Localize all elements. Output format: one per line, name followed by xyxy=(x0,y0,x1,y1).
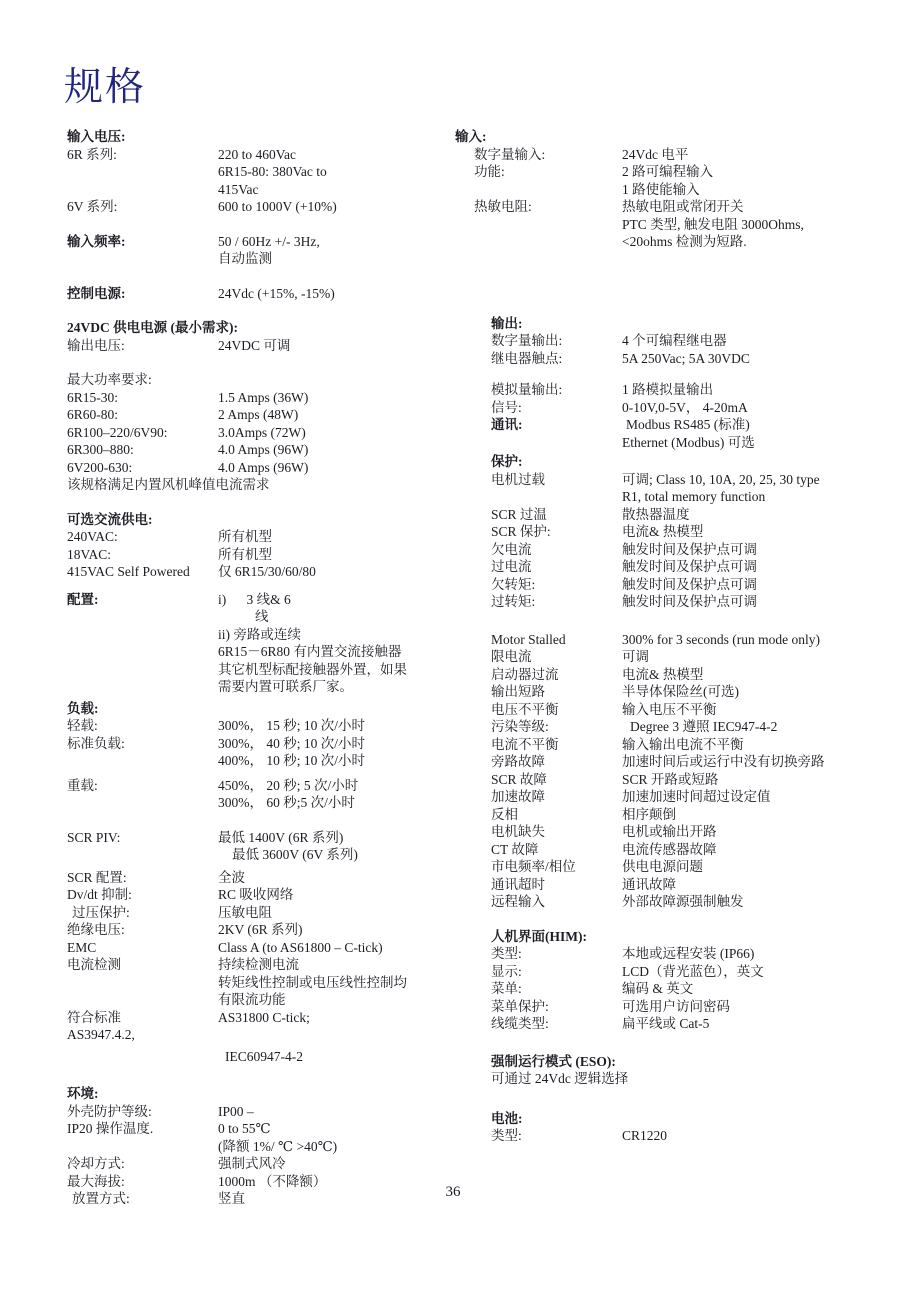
spec-row: 继电器触点:5A 250Vac; 5A 30VDC xyxy=(455,350,900,368)
spec-row: AS3947.4.2, xyxy=(67,1026,462,1044)
spec-value: 415Vac xyxy=(218,181,259,199)
page-number: 36 xyxy=(428,1184,478,1201)
spec-row: 可通过 24Vdc 逻辑选择 xyxy=(455,1070,900,1088)
spec-row: 类型:本地或远程安装 (IP66) xyxy=(455,945,900,963)
spec-value: 强制式风冷 xyxy=(218,1155,286,1173)
spec-row: 强制运行模式 (ESO): xyxy=(455,1053,900,1071)
spec-value: AS31800 C-tick; xyxy=(218,1009,310,1027)
spec-label: 绝缘电压: xyxy=(67,921,125,939)
spec-row: 24VDC 供电电源 (最小需求): xyxy=(67,319,462,337)
spec-label: 6V200-630: xyxy=(67,459,132,477)
spec-row: 外壳防护等级:IP00 – xyxy=(67,1103,462,1121)
spec-row: Motor Stalled300% for 3 seconds (run mod… xyxy=(455,631,900,649)
spec-row: 欠转矩:触发时间及保护点可调 xyxy=(455,576,900,594)
spec-label: 欠电流 xyxy=(491,541,532,559)
spec-label: 6R60-80: xyxy=(67,406,118,424)
spec-value: 5A 250Vac; 5A 30VDC xyxy=(622,350,750,368)
spec-value: 600 to 1000V (+10%) xyxy=(218,198,337,216)
spec-label: 环境: xyxy=(67,1085,99,1103)
spec-label: 继电器触点: xyxy=(491,350,562,368)
spec-label: 轻载: xyxy=(67,717,98,735)
spec-row: 数字量输出:4 个可编程继电器 xyxy=(455,332,900,350)
spec-label: AS3947.4.2, xyxy=(67,1026,135,1044)
spec-row: 过电流触发时间及保护点可调 xyxy=(455,558,900,576)
spec-value: Class A (to AS61800 – C-tick) xyxy=(218,939,383,957)
spec-value: 4 个可编程继电器 xyxy=(622,332,727,350)
spec-label: 输入频率: xyxy=(67,233,126,251)
spec-row: EMCClass A (to AS61800 – C-tick) xyxy=(67,939,462,957)
spec-row: R1, total memory function xyxy=(455,488,900,506)
spec-value: 2 路可编程输入 xyxy=(622,163,713,181)
page-title: 规格 xyxy=(64,56,146,112)
spec-value: 输入输出电流不平衡 xyxy=(622,736,744,754)
spec-value: 可调 xyxy=(622,648,649,666)
spec-row: SCR 保护:电流& 热模型 xyxy=(455,523,900,541)
spec-row: 信号:0-10V,0-5V， 4-20mA xyxy=(455,399,900,417)
spec-label: 输出: xyxy=(491,315,523,333)
spec-label: 6R 系列: xyxy=(67,146,117,164)
spec-row: 环境: xyxy=(67,1085,462,1103)
spec-value: 电流& 热模型 xyxy=(622,666,703,684)
spec-row: IP20 操作温度.0 to 55℃ xyxy=(67,1120,462,1138)
spec-row: PTC 类型, 触发电阻 3000Ohms, xyxy=(455,216,900,234)
spec-row: 标准负载:300%， 40 秒; 10 次/小时 xyxy=(67,735,462,753)
spec-row: 轻载:300%， 15 秒; 10 次/小时 xyxy=(67,717,462,735)
spec-value: 触发时间及保护点可调 xyxy=(622,593,757,611)
spec-value: PTC 类型, 触发电阻 3000Ohms, xyxy=(622,216,804,234)
spec-row: 6R100–220/6V90:3.0Amps (72W) xyxy=(67,424,462,442)
spec-value: IEC60947-4-2 xyxy=(225,1048,303,1066)
spec-label: SCR PIV: xyxy=(67,829,120,847)
spec-label: 欠转矩: xyxy=(491,576,535,594)
spec-row: 电池: xyxy=(455,1110,900,1128)
spec-row: 欠电流触发时间及保护点可调 xyxy=(455,541,900,559)
spec-value: 1000m （不降额） xyxy=(218,1173,326,1191)
spec-row: Dv/dt 抑制:RC 吸收网络 xyxy=(67,886,462,904)
spec-value: 24VDC 可调 xyxy=(218,337,290,355)
spec-row: 电机过载可调; Class 10, 10A, 20, 25, 30 type xyxy=(455,471,900,489)
spec-value: 最低 1400V (6R 系列) xyxy=(218,829,343,847)
spec-row: 过压保护:压敏电阻 xyxy=(67,904,462,922)
spec-label: 配置: xyxy=(67,591,99,609)
spec-label: 加速故障 xyxy=(491,788,545,806)
spec-label: 电池: xyxy=(491,1110,523,1128)
spec-row: 240VAC:所有机型 xyxy=(67,528,462,546)
spec-row: 菜单:编码 & 英文 xyxy=(455,980,900,998)
spec-value: 压敏电阻 xyxy=(218,904,272,922)
spec-value: 相序颠倒 xyxy=(622,806,676,824)
spec-label: 标准负载: xyxy=(67,735,125,753)
spec-label: 污染等级: xyxy=(491,718,549,736)
spec-label: 外壳防护等级: xyxy=(67,1103,152,1121)
spec-value: 触发时间及保护点可调 xyxy=(622,558,757,576)
spec-label: 电流不平衡 xyxy=(491,736,559,754)
spec-row: SCR PIV:最低 1400V (6R 系列) xyxy=(67,829,462,847)
spec-row: 菜单保护:可选用户访问密码 xyxy=(455,998,900,1016)
spec-row: 电压不平衡输入电压不平衡 xyxy=(455,701,900,719)
spec-value: 半导体保险丝(可选) xyxy=(622,683,739,701)
spec-row: SCR 故障SCR 开路或短路 xyxy=(455,771,900,789)
spec-value: 2KV (6R 系列) xyxy=(218,921,303,939)
spec-value: 可选用户访问密码 xyxy=(622,998,730,1016)
spec-row: 线 xyxy=(67,608,462,626)
spec-label: 可通过 24Vdc 逻辑选择 xyxy=(491,1070,628,1088)
spec-row: 输出: xyxy=(455,315,900,333)
spec-value: 通讯故障 xyxy=(622,876,676,894)
spec-label: 信号: xyxy=(491,399,522,417)
spec-value: 220 to 460Vac xyxy=(218,146,296,164)
spec-label: 负载: xyxy=(67,700,99,718)
spec-row: 控制电源:24Vdc (+15%, -15%) xyxy=(67,285,462,303)
spec-value: 1.5 Amps (36W) xyxy=(218,389,308,407)
spec-value: 50 / 60Hz +/- 3Hz, xyxy=(218,233,320,251)
spec-row: 限电流可调 xyxy=(455,648,900,666)
spec-value: CR1220 xyxy=(622,1127,667,1145)
spec-row: 输出电压:24VDC 可调 xyxy=(67,337,462,355)
spec-row: 415Vac xyxy=(67,181,462,199)
spec-label: 可选交流供电: xyxy=(67,511,153,529)
spec-label: IP20 操作温度. xyxy=(67,1120,153,1138)
spec-value: 加速时间后或运行中没有切换旁路 xyxy=(622,753,825,771)
spec-row: 加速故障加速加速时间超过设定值 xyxy=(455,788,900,806)
spec-value: ii) 旁路或连续 xyxy=(218,626,301,644)
spec-label: 远程输入 xyxy=(491,893,545,911)
spec-label: 电流检测 xyxy=(67,956,121,974)
spec-row: 有限流功能 xyxy=(67,991,462,1009)
spec-row: 输入频率:50 / 60Hz +/- 3Hz, xyxy=(67,233,462,251)
spec-row: 市电频率/相位供电电源问题 xyxy=(455,858,900,876)
spec-row: 该规格满足内置风机峰值电流需求 xyxy=(67,476,462,494)
spec-label: 保护: xyxy=(491,453,523,471)
spec-row: 6R15-30:1.5 Amps (36W) xyxy=(67,389,462,407)
spec-value: 扁平线或 Cat-5 xyxy=(622,1015,709,1033)
spec-row: 远程输入外部故障源强制触发 xyxy=(455,893,900,911)
spec-label: 输出电压: xyxy=(67,337,125,355)
spec-label: SCR 配置: xyxy=(67,869,127,887)
spec-label: EMC xyxy=(67,939,96,957)
spec-row: 放置方式:竖直 xyxy=(67,1190,462,1208)
spec-row: 电机缺失电机或输出开路 xyxy=(455,823,900,841)
spec-value: <20ohms 检测为短路. xyxy=(622,233,747,251)
spec-row: (降额 1%/ ℃ >40℃) xyxy=(67,1138,462,1156)
spec-value: 转矩线性控制或电压线性控制均 xyxy=(218,974,407,992)
spec-value: 散热器温度 xyxy=(622,506,690,524)
spec-row: 最低 3600V (6V 系列) xyxy=(67,846,462,864)
spec-label: Dv/dt 抑制: xyxy=(67,886,132,904)
spec-label: 240VAC: xyxy=(67,528,118,546)
spec-row: SCR 过温散热器温度 xyxy=(455,506,900,524)
spec-label: 显示: xyxy=(491,963,522,981)
spec-value: 触发时间及保护点可调 xyxy=(622,576,757,594)
spec-value: 400%， 10 秒; 10 次/小时 xyxy=(218,752,365,770)
spec-row: 通讯超时通讯故障 xyxy=(455,876,900,894)
spec-label: 功能: xyxy=(474,163,505,181)
spec-row: 反相相序颠倒 xyxy=(455,806,900,824)
spec-value: 24Vdc 电平 xyxy=(622,146,688,164)
spec-value: 300% for 3 seconds (run mode only) xyxy=(622,631,820,649)
left-column: 输入电压:6R 系列:220 to 460Vac6R15-80: 380Vac … xyxy=(67,128,462,1208)
spec-label: 输入电压: xyxy=(67,128,126,146)
spec-label: 市电频率/相位 xyxy=(491,858,576,876)
spec-value: 有限流功能 xyxy=(218,991,286,1009)
spec-row: 绝缘电压:2KV (6R 系列) xyxy=(67,921,462,939)
spec-row: 输入: xyxy=(455,128,900,146)
spec-value: 可调; Class 10, 10A, 20, 25, 30 type xyxy=(622,471,820,489)
right-column: 输入:数字量输入:24Vdc 电平功能:2 路可编程输入1 路使能输入热敏电阻:… xyxy=(455,128,900,1145)
spec-value: 电机或输出开路 xyxy=(622,823,717,841)
spec-value: 4.0 Amps (96W) xyxy=(218,441,308,459)
specifications-page: 规格 输入电压:6R 系列:220 to 460Vac6R15-80: 380V… xyxy=(0,0,911,1291)
spec-row: 6V 系列:600 to 1000V (+10%) xyxy=(67,198,462,216)
spec-value: 加速加速时间超过设定值 xyxy=(622,788,771,806)
spec-row: 电流检测持续检测电流 xyxy=(67,956,462,974)
spec-value: 所有机型 xyxy=(218,546,272,564)
spec-row: 6R300–880:4.0 Amps (96W) xyxy=(67,441,462,459)
spec-row: 需要内置可联系厂家。 xyxy=(67,678,462,696)
spec-value: R1, total memory function xyxy=(622,488,765,506)
spec-value: 供电电源问题 xyxy=(622,858,703,876)
spec-label: 符合标准 xyxy=(67,1009,121,1027)
spec-label: 6R15-30: xyxy=(67,389,118,407)
spec-label: 冷却方式: xyxy=(67,1155,125,1173)
spec-row: 启动器过流电流& 热模型 xyxy=(455,666,900,684)
spec-label: 最大功率要求: xyxy=(67,371,152,389)
spec-value: 4.0 Amps (96W) xyxy=(218,459,308,477)
spec-label: 线缆类型: xyxy=(491,1015,549,1033)
spec-value: 6R15-80: 380Vac to xyxy=(218,163,327,181)
spec-value: 热敏电阻或常闭开关 xyxy=(622,198,744,216)
spec-label: 6R100–220/6V90: xyxy=(67,424,168,442)
spec-label: 类型: xyxy=(491,945,522,963)
spec-row: 6V200-630:4.0 Amps (96W) xyxy=(67,459,462,477)
spec-value: 自动监测 xyxy=(218,250,272,268)
spec-label: 类型: xyxy=(491,1127,522,1145)
spec-value: 触发时间及保护点可调 xyxy=(622,541,757,559)
spec-label: 最大海拔: xyxy=(67,1173,125,1191)
spec-row: 最大海拔:1000m （不降额） xyxy=(67,1173,462,1191)
spec-value: 电流& 热模型 xyxy=(622,523,703,541)
spec-row: 负载: xyxy=(67,700,462,718)
spec-row: IEC60947-4-2 xyxy=(67,1048,462,1066)
spec-label: 放置方式: xyxy=(72,1190,130,1208)
spec-row: 转矩线性控制或电压线性控制均 xyxy=(67,974,462,992)
spec-row: 其它机型标配接触器外置，如果 xyxy=(67,661,462,679)
spec-row: 电流不平衡输入输出电流不平衡 xyxy=(455,736,900,754)
spec-label: 通讯超时 xyxy=(491,876,545,894)
spec-value: 持续检测电流 xyxy=(218,956,299,974)
spec-label: 模拟量输出: xyxy=(491,381,562,399)
spec-row: 400%， 10 秒; 10 次/小时 xyxy=(67,752,462,770)
spec-row: 污染等级:Degree 3 遵照 IEC947-4-2 xyxy=(455,718,900,736)
spec-row: <20ohms 检测为短路. xyxy=(455,233,900,251)
spec-row: 线缆类型:扁平线或 Cat-5 xyxy=(455,1015,900,1033)
spec-label: 强制运行模式 (ESO): xyxy=(491,1053,616,1071)
spec-label: 该规格满足内置风机峰值电流需求 xyxy=(67,476,270,494)
spec-row: 6R15－6R80 有内置交流接触器 xyxy=(67,643,462,661)
spec-value: 线 xyxy=(255,608,269,626)
spec-label: 控制电源: xyxy=(67,285,126,303)
spec-value: 2 Amps (48W) xyxy=(218,406,298,424)
spec-value: 24Vdc (+15%, -15%) xyxy=(218,285,335,303)
spec-value: 输入电压不平衡 xyxy=(622,701,717,719)
spec-label: 电压不平衡 xyxy=(491,701,559,719)
spec-label: 过电流 xyxy=(491,558,532,576)
spec-label: 数字量输入: xyxy=(474,146,545,164)
spec-row: 输入电压: xyxy=(67,128,462,146)
spec-label: SCR 故障 xyxy=(491,771,547,789)
spec-value: 1 路模拟量输出 xyxy=(622,381,713,399)
spec-label: 6V 系列: xyxy=(67,198,117,216)
spec-label: 热敏电阻: xyxy=(474,198,532,216)
spec-row: 1 路使能输入 xyxy=(455,181,900,199)
spec-label: 人机界面(HIM): xyxy=(491,928,587,946)
spec-label: 415VAC Self Powered xyxy=(67,563,190,581)
spec-value: SCR 开路或短路 xyxy=(622,771,718,789)
spec-label: 反相 xyxy=(491,806,518,824)
spec-row: Ethernet (Modbus) 可选 xyxy=(455,434,900,452)
spec-row: 显示:LCD（背光蓝色），英文 xyxy=(455,963,900,981)
spec-row: 符合标准AS31800 C-tick; xyxy=(67,1009,462,1027)
spec-value: 其它机型标配接触器外置，如果 xyxy=(218,661,407,679)
spec-value: 编码 & 英文 xyxy=(622,980,693,998)
spec-value: IP00 – xyxy=(218,1103,254,1121)
spec-value: 6R15－6R80 有内置交流接触器 xyxy=(218,643,401,661)
spec-row: 415VAC Self Powered仅 6R15/30/60/80 xyxy=(67,563,462,581)
spec-value: 竖直 xyxy=(218,1190,245,1208)
spec-row: 18VAC:所有机型 xyxy=(67,546,462,564)
spec-label: 通讯: xyxy=(491,416,523,434)
spec-label: 输出短路 xyxy=(491,683,545,701)
spec-row: 最大功率要求: xyxy=(67,371,462,389)
spec-label: CT 故障 xyxy=(491,841,538,859)
spec-row: 功能:2 路可编程输入 xyxy=(455,163,900,181)
spec-row: 模拟量输出:1 路模拟量输出 xyxy=(455,381,900,399)
spec-row: 热敏电阻:热敏电阻或常闭开关 xyxy=(455,198,900,216)
spec-label: 旁路故障 xyxy=(491,753,545,771)
spec-label: SCR 保护: xyxy=(491,523,551,541)
spec-row: 6R15-80: 380Vac to xyxy=(67,163,462,181)
spec-value: 450%， 20 秒; 5 次/小时 xyxy=(218,777,358,795)
spec-label: 限电流 xyxy=(491,648,532,666)
spec-label: 电机过载 xyxy=(491,471,545,489)
spec-row: 重载:450%， 20 秒; 5 次/小时 xyxy=(67,777,462,795)
spec-row: 人机界面(HIM): xyxy=(455,928,900,946)
spec-label: 6R300–880: xyxy=(67,441,134,459)
spec-value: 外部故障源强制触发 xyxy=(622,893,744,911)
spec-label: 过转矩: xyxy=(491,593,535,611)
spec-value: RC 吸收网络 xyxy=(218,886,293,904)
spec-value: (降额 1%/ ℃ >40℃) xyxy=(218,1138,337,1156)
spec-row: 自动监测 xyxy=(67,250,462,268)
spec-value: 300%， 40 秒; 10 次/小时 xyxy=(218,735,365,753)
spec-value: 3.0Amps (72W) xyxy=(218,424,306,442)
spec-label: 启动器过流 xyxy=(491,666,559,684)
spec-row: 300%， 60 秒;5 次/小时 xyxy=(67,794,462,812)
spec-label: SCR 过温 xyxy=(491,506,547,524)
spec-label: Motor Stalled xyxy=(491,631,566,649)
spec-value: 0 to 55℃ xyxy=(218,1120,271,1138)
spec-row: SCR 配置:全波 xyxy=(67,869,462,887)
spec-row: 配置:i) 3 线& 6 xyxy=(67,591,462,609)
spec-label: 电机缺失 xyxy=(491,823,545,841)
spec-value: 仅 6R15/30/60/80 xyxy=(218,563,316,581)
spec-row: 旁路故障加速时间后或运行中没有切换旁路 xyxy=(455,753,900,771)
spec-value: 需要内置可联系厂家。 xyxy=(218,678,353,696)
spec-value: 电流传感器故障 xyxy=(622,841,717,859)
spec-row: 保护: xyxy=(455,453,900,471)
spec-label: 重载: xyxy=(67,777,98,795)
spec-label: 输入: xyxy=(455,128,487,146)
spec-value: 300%， 60 秒;5 次/小时 xyxy=(218,794,355,812)
spec-value: LCD（背光蓝色），英文 xyxy=(622,963,764,981)
spec-value: i) 3 线& 6 xyxy=(218,591,291,609)
spec-row: 通讯:Modbus RS485 (标准) xyxy=(455,416,900,434)
spec-value: 300%， 15 秒; 10 次/小时 xyxy=(218,717,365,735)
spec-row: ii) 旁路或连续 xyxy=(67,626,462,644)
spec-value: 全波 xyxy=(218,869,245,887)
spec-label: 菜单保护: xyxy=(491,998,549,1016)
spec-row: 冷却方式:强制式风冷 xyxy=(67,1155,462,1173)
spec-value: 本地或远程安装 (IP66) xyxy=(622,945,754,963)
spec-row: 可选交流供电: xyxy=(67,511,462,529)
spec-value: Ethernet (Modbus) 可选 xyxy=(622,434,755,452)
spec-label: 18VAC: xyxy=(67,546,111,564)
spec-label: 过压保护: xyxy=(72,904,130,922)
spec-value: Degree 3 遵照 IEC947-4-2 xyxy=(630,718,777,736)
spec-value: 1 路使能输入 xyxy=(622,181,700,199)
spec-row: 输出短路半导体保险丝(可选) xyxy=(455,683,900,701)
spec-value: 0-10V,0-5V， 4-20mA xyxy=(622,399,748,417)
spec-row: CT 故障电流传感器故障 xyxy=(455,841,900,859)
spec-label: 菜单: xyxy=(491,980,522,998)
spec-label: 数字量输出: xyxy=(491,332,562,350)
spec-label: 24VDC 供电电源 (最小需求): xyxy=(67,319,238,337)
spec-row: 6R 系列:220 to 460Vac xyxy=(67,146,462,164)
spec-row: 数字量输入:24Vdc 电平 xyxy=(455,146,900,164)
spec-value: 最低 3600V (6V 系列) xyxy=(232,846,358,864)
spec-row: 过转矩:触发时间及保护点可调 xyxy=(455,593,900,611)
spec-value: Modbus RS485 (标准) xyxy=(626,416,750,434)
spec-row: 类型:CR1220 xyxy=(455,1127,900,1145)
spec-value: 所有机型 xyxy=(218,528,272,546)
spec-row: 6R60-80:2 Amps (48W) xyxy=(67,406,462,424)
